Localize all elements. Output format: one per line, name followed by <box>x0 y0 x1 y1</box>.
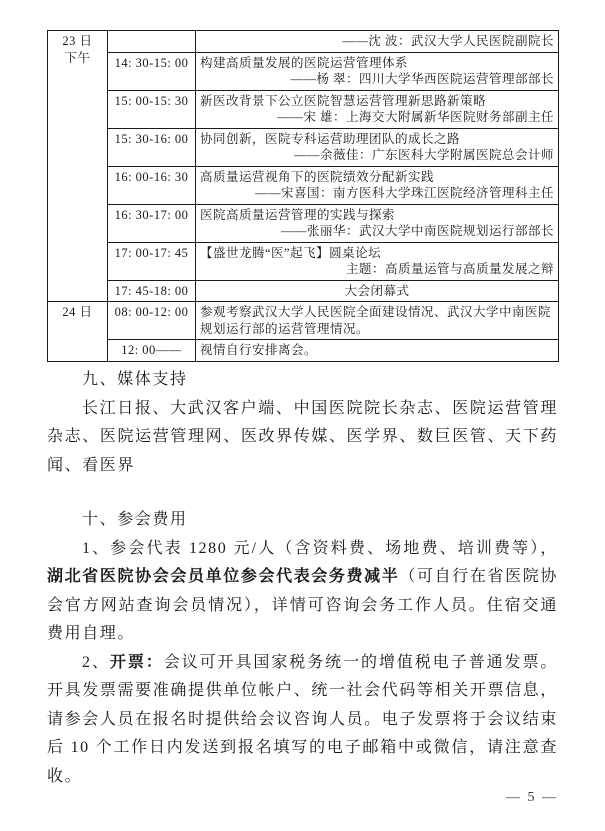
speaker-line: ——沈 波：武汉大学人民医院副院长 <box>200 33 554 50</box>
time-cell: 17: 00-17: 45 <box>108 242 196 280</box>
agenda-line: 构建高质量发展的医院运营管理体系 <box>200 55 554 72</box>
agenda-cell: 视情自行安排离会。 <box>196 340 559 362</box>
date-line: 下午 <box>52 50 103 67</box>
schedule-row: 24 日08: 00-12: 00参观考察武汉大学人民医院全面建设情况、武汉大学… <box>48 302 559 340</box>
agenda-cell: 【盛世龙腾“医”起飞】圆桌论坛主题：高质量运管与高质量发展之辩 <box>196 242 559 280</box>
page-number: — 5 — <box>506 790 558 806</box>
speaker-line: ——余薇佳：广东医科大学附属医院总会计师 <box>200 147 554 164</box>
agenda-cell: 构建高质量发展的医院运营管理体系——杨 翠：四川大学华西医院运营管理部部长 <box>196 52 559 90</box>
schedule-row: 16: 00-16: 30高质量运营视角下的医院绩效分配新实践——宋喜国：南方医… <box>48 166 559 204</box>
speaker-line: ——杨 翠：四川大学华西医院运营管理部部长 <box>200 71 554 88</box>
time-cell: 14: 30-15: 00 <box>108 52 196 90</box>
text-run: 2、 <box>82 654 110 671</box>
agenda-line: 视情自行安排离会。 <box>200 342 554 359</box>
time-cell: 16: 30-17: 00 <box>108 204 196 242</box>
agenda-cell: 高质量运营视角下的医院绩效分配新实践——宋喜国：南方医科大学珠江医院经济管理科主… <box>196 166 559 204</box>
agenda-line: 新医改背景下公立医院智慧运营管理新思路新策略 <box>200 93 554 110</box>
paragraph: 1、参会代表 1280 元/人（含资料费、场地费、培训费等），湖北省医院协会会员… <box>47 535 558 649</box>
schedule-row: 16: 30-17: 00医院高质量运营管理的实践与探索——张丽华：武汉大学中南… <box>48 204 559 242</box>
schedule-row: 17: 00-17: 45【盛世龙腾“医”起飞】圆桌论坛主题：高质量运管与高质量… <box>48 242 559 280</box>
schedule-row: 15: 00-15: 30新医改背景下公立医院智慧运营管理新思路新策略——宋 雄… <box>48 90 559 128</box>
agenda-line: 【盛世龙腾“医”起飞】圆桌论坛 <box>200 245 554 262</box>
agenda-cell: 医院高质量运营管理的实践与探索——张丽华：武汉大学中南医院规划运行部部长 <box>196 204 559 242</box>
text-run: 1、参会代表 1280 元/人（含资料费、场地费、培训费等）， <box>82 540 558 557</box>
paragraph: 长江日报、大武汉客户端、中国医院院长杂志、医院运营管理杂志、医院运营管理网、医改… <box>47 395 558 481</box>
time-cell <box>108 31 196 53</box>
text-run: 会议可开具国家税务统一的增值税电子普通发票。开具发票需要准确提供单位帐户、统一社… <box>47 654 558 785</box>
agenda-cell: ——沈 波：武汉大学人民医院副院长 <box>196 31 559 53</box>
speaker-line: ——宋喜国：南方医科大学珠江医院经济管理科主任 <box>200 185 554 202</box>
time-cell: 08: 00-12: 00 <box>108 302 196 340</box>
time-cell: 16: 00-16: 30 <box>108 166 196 204</box>
section-heading: 九、媒体支持 <box>47 366 558 395</box>
agenda-line: 协同创新，医院专科运营助理团队的成长之路 <box>200 131 554 148</box>
date-cell: 24 日 <box>48 302 108 362</box>
time-cell: 15: 30-16: 00 <box>108 128 196 166</box>
agenda-line: 大会闭幕式 <box>200 283 554 300</box>
speaker-line: ——张丽华：武汉大学中南医院规划运行部部长 <box>200 223 554 240</box>
speaker-line: ——宋 雄：上海交大附属新华医院财务部副主任 <box>200 109 554 126</box>
time-cell: 12: 00—— <box>108 340 196 362</box>
agenda-cell: 参观考察武汉大学人民医院全面建设情况、武汉大学中南医院规划运行部的运营管理情况。 <box>196 302 559 340</box>
speaker-line: 主题：高质量运管与高质量发展之辩 <box>200 261 554 278</box>
date-line: 24 日 <box>52 304 103 321</box>
bold-text-run: 开票： <box>110 654 164 671</box>
section: 九、媒体支持长江日报、大武汉客户端、中国医院院长杂志、医院运营管理杂志、医院运营… <box>47 366 558 480</box>
agenda-cell: 新医改背景下公立医院智慧运营管理新思路新策略——宋 雄：上海交大附属新华医院财务… <box>196 90 559 128</box>
time-cell: 15: 00-15: 30 <box>108 90 196 128</box>
schedule-table-body: 23 日下午——沈 波：武汉大学人民医院副院长14: 30-15: 00构建高质… <box>48 31 559 362</box>
agenda-line: 高质量运营视角下的医院绩效分配新实践 <box>200 169 554 186</box>
agenda-cell: 大会闭幕式 <box>196 280 559 302</box>
schedule-row: 23 日下午——沈 波：武汉大学人民医院副院长 <box>48 31 559 53</box>
schedule-row: 15: 30-16: 00协同创新，医院专科运营助理团队的成长之路——余薇佳：广… <box>48 128 559 166</box>
section: 十、参会费用1、参会代表 1280 元/人（含资料费、场地费、培训费等），湖北省… <box>47 506 558 791</box>
schedule-row: 12: 00——视情自行安排离会。 <box>48 340 559 362</box>
document-page: 23 日下午——沈 波：武汉大学人民医院副院长14: 30-15: 00构建高质… <box>0 0 605 831</box>
agenda-cell: 协同创新，医院专科运营助理团队的成长之路——余薇佳：广东医科大学附属医院总会计师 <box>196 128 559 166</box>
schedule-table-wrap: 23 日下午——沈 波：武汉大学人民医院副院长14: 30-15: 00构建高质… <box>47 30 559 362</box>
schedule-row: 17: 45-18: 00大会闭幕式 <box>48 280 559 302</box>
schedule-row: 14: 30-15: 00构建高质量发展的医院运营管理体系——杨 翠：四川大学华… <box>48 52 559 90</box>
paragraph: 2、开票：会议可开具国家税务统一的增值税电子普通发票。开具发票需要准确提供单位帐… <box>47 649 558 792</box>
body-sections: 九、媒体支持长江日报、大武汉客户端、中国医院院长杂志、医院运营管理杂志、医院运营… <box>47 366 558 791</box>
section-heading: 十、参会费用 <box>47 506 558 535</box>
date-cell: 23 日下午 <box>48 31 108 302</box>
bold-text-run: 湖北省医院协会会员单位参会代表会务费减半 <box>47 568 399 585</box>
date-line: 23 日 <box>52 33 103 50</box>
text-run: 长江日报、大武汉客户端、中国医院院长杂志、医院运营管理杂志、医院运营管理网、医改… <box>47 400 558 474</box>
agenda-line: 参观考察武汉大学人民医院全面建设情况、武汉大学中南医院规划运行部的运营管理情况。 <box>200 304 554 337</box>
schedule-table: 23 日下午——沈 波：武汉大学人民医院副院长14: 30-15: 00构建高质… <box>47 30 559 362</box>
time-cell: 17: 45-18: 00 <box>108 280 196 302</box>
agenda-line: 医院高质量运营管理的实践与探索 <box>200 207 554 224</box>
